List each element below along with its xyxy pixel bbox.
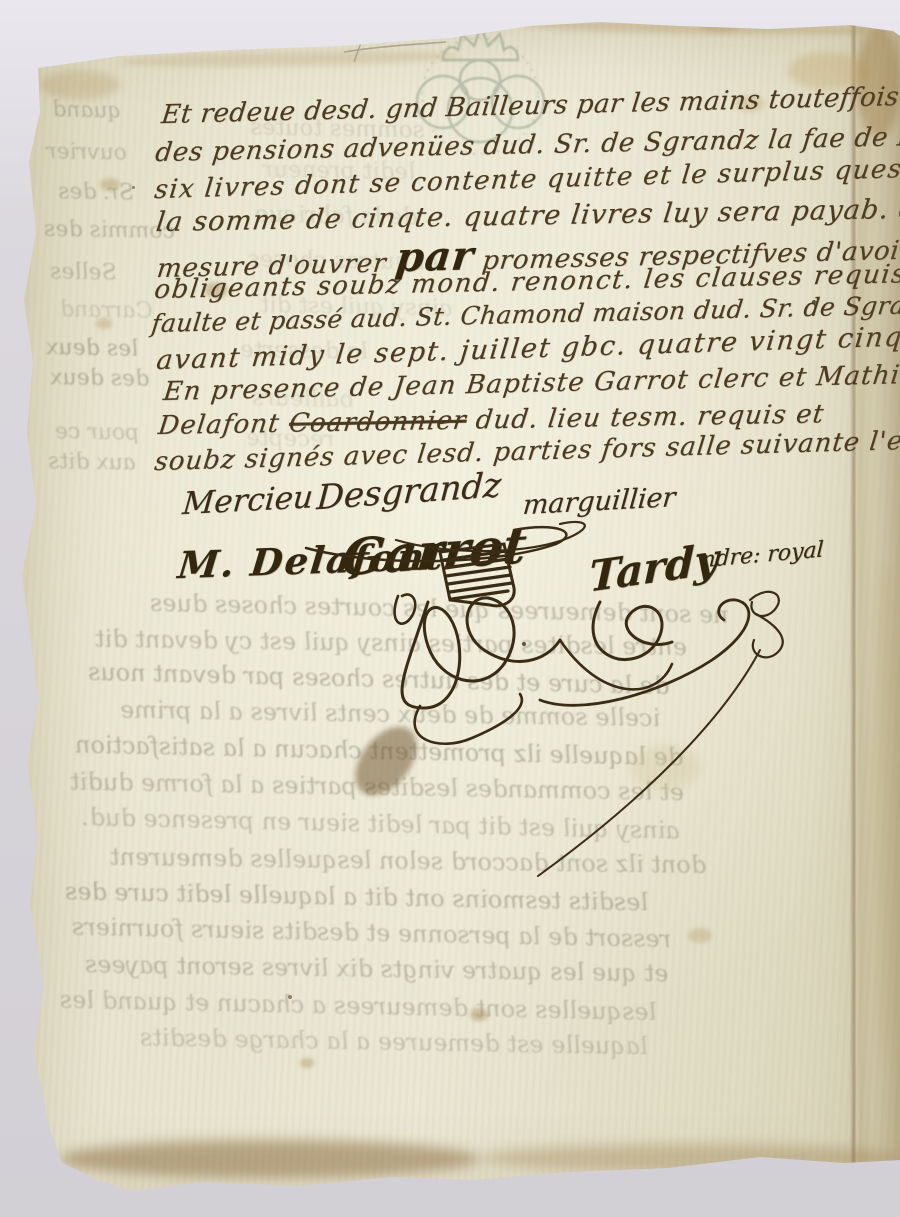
garrot-paraph-loop-3 xyxy=(467,598,560,664)
long-diagonal-pen-stroke xyxy=(538,650,760,876)
attestation-underline-flourish xyxy=(306,527,566,561)
stain-22 xyxy=(877,1172,883,1177)
garrot-paraph-tail xyxy=(560,640,672,689)
stain-8 xyxy=(0,366,14,400)
stamp-cross xyxy=(476,18,484,26)
tardy-fe-curl-2 xyxy=(753,614,783,657)
garrot-paraph-loop-4 xyxy=(415,694,522,744)
stain-20 xyxy=(861,8,866,12)
tardy-fe-curl-1 xyxy=(750,592,779,616)
photo-backdrop: quandouvrierSr. descommis desSellesCarra… xyxy=(0,0,900,1217)
garrot-paraph-loop-2 xyxy=(424,607,504,681)
manuscript-page: quandouvrierSr. descommis desSellesCarra… xyxy=(0,0,900,1217)
garrot-paraph-a-mark xyxy=(395,594,416,623)
tardy-paraph-loop xyxy=(593,602,672,660)
signature-flourishes xyxy=(0,0,900,1217)
